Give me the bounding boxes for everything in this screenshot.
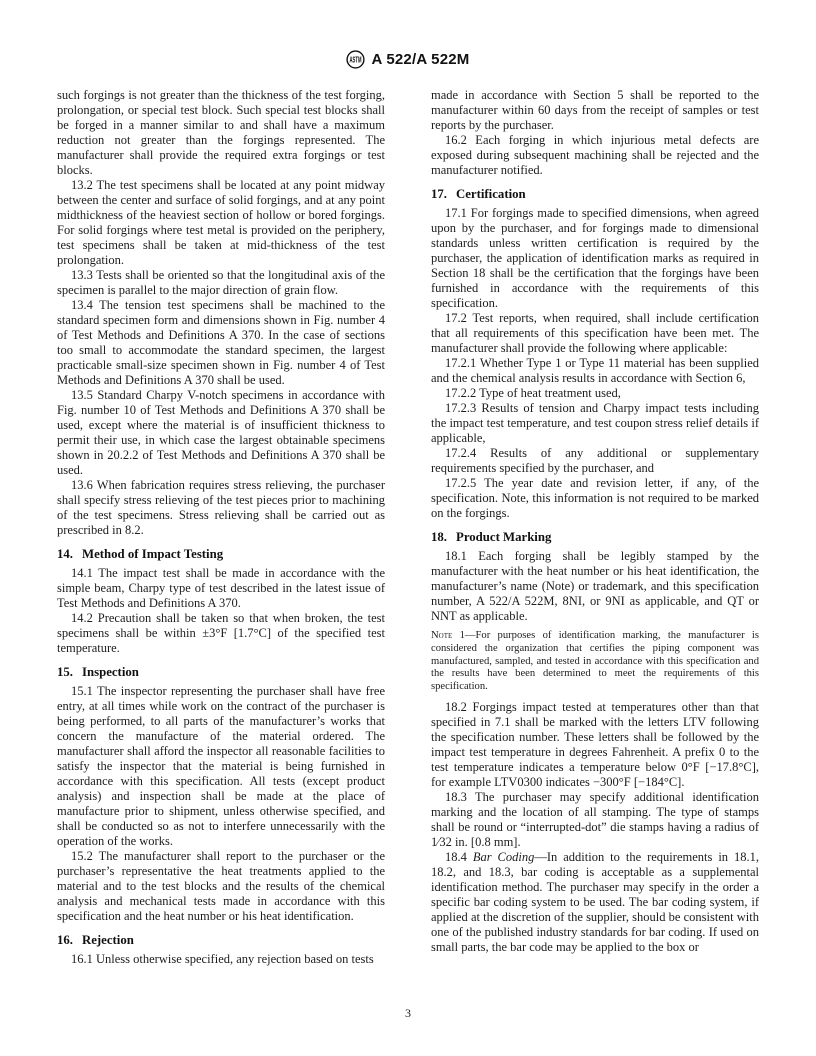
- document-footer: 3: [0, 1006, 816, 1021]
- section-title: Inspection: [82, 665, 139, 679]
- section-number: 18.: [431, 530, 447, 544]
- text-segment: —In addition to the requirements in 18.1…: [431, 850, 759, 954]
- section-title: Method of Impact Testing: [82, 547, 223, 561]
- section-title: Certification: [456, 187, 526, 201]
- body-paragraph: 18.3 The purchaser may specify additiona…: [431, 790, 759, 850]
- text-segment: For purposes of identification marking, …: [431, 630, 759, 692]
- body-paragraph: 16.1 Unless otherwise specified, any rej…: [57, 952, 385, 967]
- body-paragraph: 15.1 The inspector representing the purc…: [57, 684, 385, 849]
- text-segment: Note 1—: [431, 630, 476, 641]
- body-paragraph: 17.2.3 Results of tension and Charpy imp…: [431, 401, 759, 446]
- document-header: ASTM A 522/A 522M: [0, 50, 816, 69]
- body-paragraph: 14.1 The impact test shall be made in ac…: [57, 566, 385, 611]
- body-paragraph: 17.2.4 Results of any additional or supp…: [431, 446, 759, 476]
- body-paragraph: 17.1 For forgings made to specified dime…: [431, 206, 759, 311]
- section-number: 14.: [57, 547, 73, 561]
- text-segment: 18.4: [445, 850, 473, 864]
- right-column: made in accordance with Section 5 shall …: [431, 88, 759, 967]
- body-paragraph: 17.2.1 Whether Type 1 or Type 11 materia…: [431, 356, 759, 386]
- astm-logo-icon: ASTM: [346, 50, 365, 69]
- body-paragraph: 16.2 Each forging in which injurious met…: [431, 133, 759, 178]
- section-number: 16.: [57, 933, 73, 947]
- body-paragraph: such forgings is not greater than the th…: [57, 88, 385, 178]
- section-heading: 14.Method of Impact Testing: [57, 547, 385, 562]
- svg-text:ASTM: ASTM: [350, 55, 362, 65]
- body-paragraph: 13.6 When fabrication requires stress re…: [57, 478, 385, 538]
- text-segment: Bar Coding: [473, 850, 535, 864]
- body-paragraph: 13.3 Tests shall be oriented so that the…: [57, 268, 385, 298]
- body-paragraph: 17.2 Test reports, when required, shall …: [431, 311, 759, 356]
- section-title: Rejection: [82, 933, 134, 947]
- page-number: 3: [405, 1006, 411, 1020]
- section-heading: 17.Certification: [431, 187, 759, 202]
- note-paragraph: Note 1—For purposes of identification ma…: [431, 630, 759, 694]
- spec-number: A 522/A 522M: [371, 51, 469, 68]
- body-paragraph: 18.4 Bar Coding—In addition to the requi…: [431, 850, 759, 955]
- body-paragraph: 13.2 The test specimens shall be located…: [57, 178, 385, 268]
- section-heading: 18.Product Marking: [431, 530, 759, 545]
- section-number: 17.: [431, 187, 447, 201]
- left-column: such forgings is not greater than the th…: [57, 88, 385, 967]
- body-paragraph: 15.2 The manufacturer shall report to th…: [57, 849, 385, 924]
- body-paragraph: 13.4 The tension test specimens shall be…: [57, 298, 385, 388]
- section-number: 15.: [57, 665, 73, 679]
- section-heading: 16.Rejection: [57, 933, 385, 948]
- section-heading: 15.Inspection: [57, 665, 385, 680]
- body-paragraph: made in accordance with Section 5 shall …: [431, 88, 759, 133]
- body-paragraph: 17.2.2 Type of heat treatment used,: [431, 386, 759, 401]
- body-paragraph: 17.2.5 The year date and revision letter…: [431, 476, 759, 521]
- body-paragraph: 13.5 Standard Charpy V-notch specimens i…: [57, 388, 385, 478]
- section-title: Product Marking: [456, 530, 551, 544]
- body-paragraph: 18.1 Each forging shall be legibly stamp…: [431, 549, 759, 624]
- body-paragraph: 14.2 Precaution shall be taken so that w…: [57, 611, 385, 656]
- document-body: such forgings is not greater than the th…: [57, 88, 759, 967]
- body-paragraph: 18.2 Forgings impact tested at temperatu…: [431, 700, 759, 790]
- document-page: ASTM A 522/A 522M such forgings is not g…: [0, 0, 816, 1056]
